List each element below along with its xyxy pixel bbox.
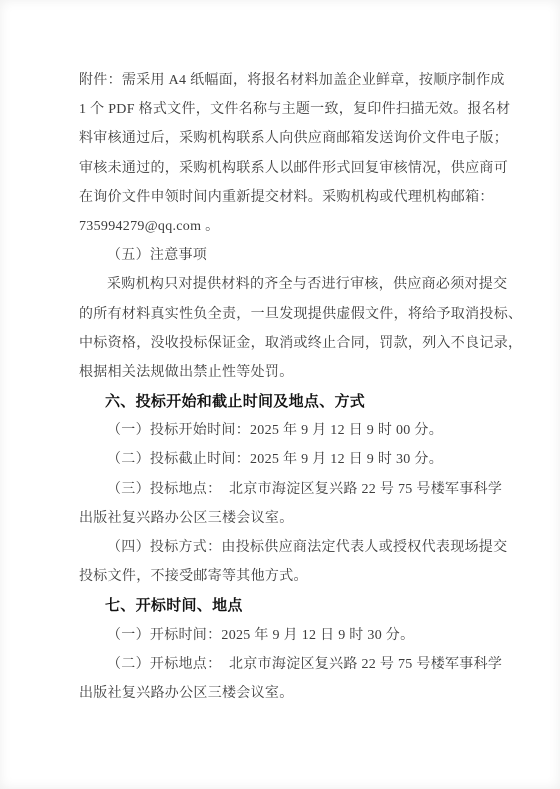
text-line: 审核未通过的，采购机构联系人以邮件形式回复审核情况，供应商可 bbox=[79, 154, 514, 183]
text-line: （五）注意事项 bbox=[79, 241, 514, 270]
text-line: 料审核通过后，采购机构联系人向供应商邮箱发送询价文件电子版； bbox=[79, 124, 514, 153]
text-line: （四）投标方式：由投标供应商法定代表人或授权代表现场提交 bbox=[79, 533, 514, 562]
text-line: 的所有材料真实性负全责，一旦发现提供虚假文件，将给予取消投标、 bbox=[79, 300, 514, 329]
text-line: 附件：需采用 A4 纸幅面，将报名材料加盖企业鲜章，按顺序制作成 bbox=[79, 66, 514, 95]
text-line: 出版社复兴路办公区三楼会议室。 bbox=[79, 504, 514, 533]
text-line: 出版社复兴路办公区三楼会议室。 bbox=[79, 679, 514, 708]
document-body: 附件：需采用 A4 纸幅面，将报名材料加盖企业鲜章，按顺序制作成1 个 PDF … bbox=[79, 66, 514, 708]
text-line: 采购机构只对提供材料的齐全与否进行审核，供应商必须对提交 bbox=[79, 270, 514, 299]
text-line: 中标资格，没收投标保证金，取消或终止合同，罚款，列入不良记录， bbox=[79, 329, 514, 358]
text-line: 在询价文件申领时间内重新提交材料。采购机构或代理机构邮箱： bbox=[79, 183, 514, 212]
section-heading: 六、投标开始和截止时间及地点、方式 bbox=[79, 387, 514, 416]
section-heading: 七、开标时间、地点 bbox=[79, 591, 514, 620]
text-line: （一）开标时间：2025 年 9 月 12 日 9 时 30 分。 bbox=[79, 621, 514, 650]
text-line: 投标文件，不接受邮寄等其他方式。 bbox=[79, 562, 514, 591]
text-line: （二）投标截止时间：2025 年 9 月 12 日 9 时 30 分。 bbox=[79, 445, 514, 474]
text-line: （三）投标地点： 北京市海淀区复兴路 22 号 75 号楼军事科学 bbox=[79, 475, 514, 504]
text-line: 根据相关法规做出禁止性等处罚。 bbox=[79, 358, 514, 387]
text-line: （二）开标地点： 北京市海淀区复兴路 22 号 75 号楼军事科学 bbox=[79, 650, 514, 679]
text-line: 735994279@qq.com 。 bbox=[79, 212, 514, 241]
text-line: 1 个 PDF 格式文件，文件名称与主题一致，复印件扫描无效。报名材 bbox=[79, 95, 514, 124]
document-page: 附件：需采用 A4 纸幅面，将报名材料加盖企业鲜章，按顺序制作成1 个 PDF … bbox=[0, 0, 560, 789]
text-line: （一）投标开始时间：2025 年 9 月 12 日 9 时 00 分。 bbox=[79, 416, 514, 445]
